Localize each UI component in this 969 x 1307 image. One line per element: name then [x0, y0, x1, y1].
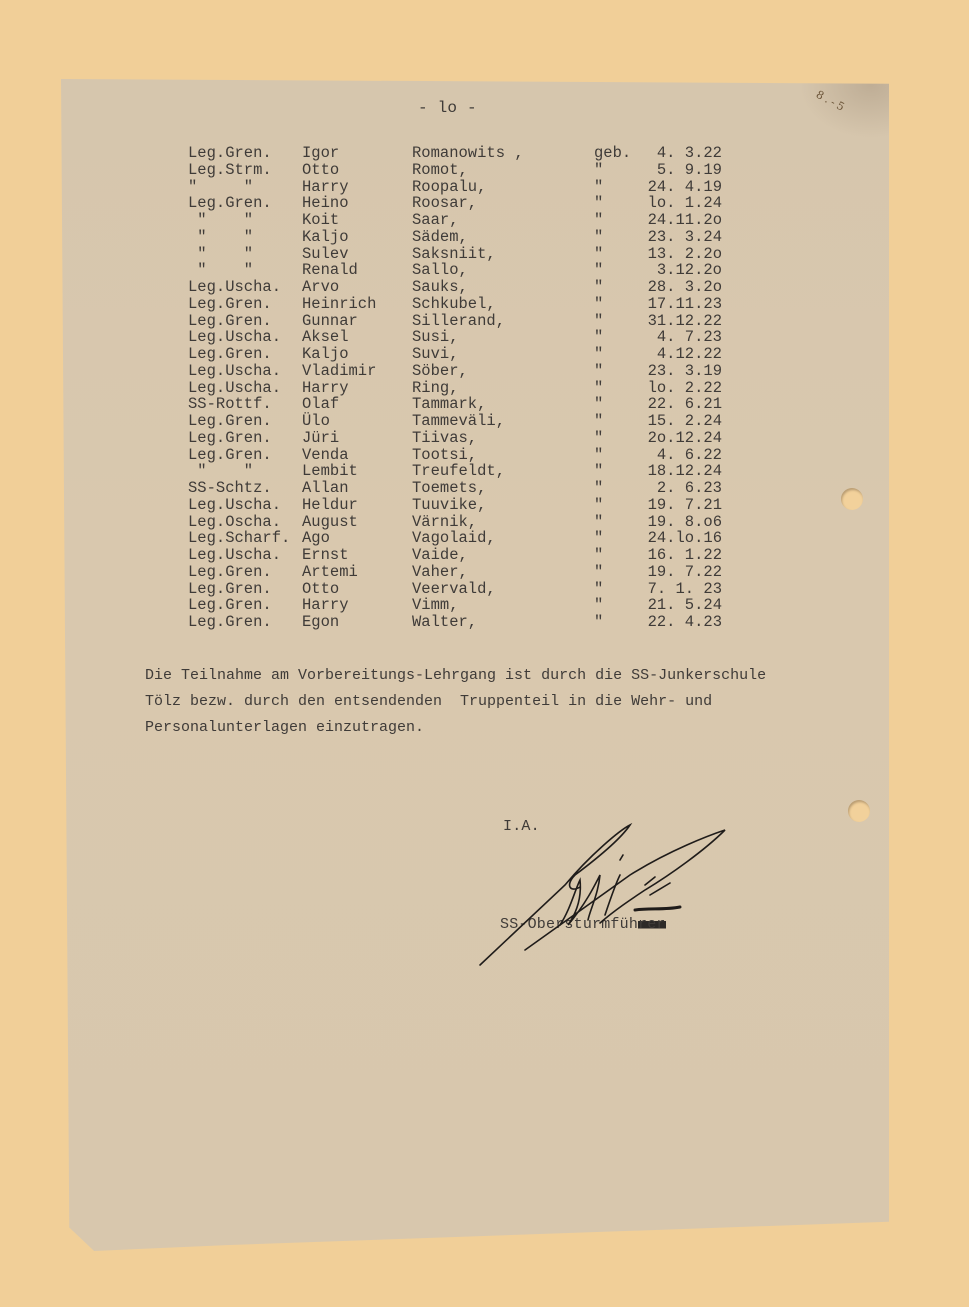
last-name-cell: Veervald, — [412, 581, 496, 598]
last-name-cell: Toemets, — [412, 480, 486, 497]
rank-cell: Leg.Scharf. — [188, 530, 290, 547]
birth-date-cell: 13. 2.2o — [624, 246, 722, 263]
last-name-cell: Sauks, — [412, 279, 468, 296]
last-name-cell: Saksniit, — [412, 246, 496, 263]
last-name-cell: Sillerand, — [412, 313, 505, 330]
list-row: Leg.Gren.VendaTootsi,"4. 6.22 — [0, 447, 969, 464]
birth-date-cell: 2. 6.23 — [624, 480, 722, 497]
last-name-cell: Söber, — [412, 363, 468, 380]
last-name-cell: Tootsi, — [412, 447, 477, 464]
last-name-cell: Tuuvike, — [412, 497, 486, 514]
first-name-cell: Arvo — [302, 279, 339, 296]
birth-label-cell: " — [594, 346, 603, 363]
birth-date-cell: 5. 9.19 — [624, 162, 722, 179]
birth-label-cell: " — [594, 195, 603, 212]
list-row: Leg.Uscha.VladimirSöber,"23. 3.19 — [0, 363, 969, 380]
birth-label-cell: " — [594, 581, 603, 598]
instruction-paragraph: Die Teilnahme am Vorbereitungs-Lehrgang … — [145, 663, 845, 741]
birth-date-cell: 31.12.22 — [624, 313, 722, 330]
last-name-cell: Tammark, — [412, 396, 486, 413]
birth-label-cell: " — [594, 162, 603, 179]
birth-date-cell: 4. 7.23 — [624, 329, 722, 346]
birth-label-cell: " — [594, 313, 603, 330]
birth-label-cell: " — [594, 212, 603, 229]
last-name-cell: Suvi, — [412, 346, 459, 363]
birth-date-cell: lo. 1.24 — [624, 195, 722, 212]
last-name-cell: Roopalu, — [412, 179, 486, 196]
birth-date-cell: 2o.12.24 — [624, 430, 722, 447]
list-row: SS-Rottf.OlafTammark,"22. 6.21 — [0, 396, 969, 413]
rank-cell: Leg.Uscha. — [188, 497, 281, 514]
last-name-cell: Schkubel, — [412, 296, 496, 313]
birth-date-cell: 7. 1. 23 — [624, 581, 722, 598]
rank-cell: " " — [188, 179, 253, 196]
first-name-cell: Egon — [302, 614, 339, 631]
birth-date-cell: 18.12.24 — [624, 463, 722, 480]
birth-label-cell: " — [594, 564, 603, 581]
rank-cell: Leg.Uscha. — [188, 363, 281, 380]
rank-cell: " " — [188, 463, 253, 480]
rank-cell: " " — [188, 212, 253, 229]
birth-date-cell: 16. 1.22 — [624, 547, 722, 564]
birth-label-cell: " — [594, 229, 603, 246]
first-name-cell: Kaljo — [302, 229, 349, 246]
list-row: Leg.Gren.IgorRomanowits ,geb.4. 3.22 — [0, 145, 969, 162]
rank-cell: Leg.Gren. — [188, 413, 272, 430]
first-name-cell: Ernst — [302, 547, 349, 564]
birth-label-cell: " — [594, 480, 603, 497]
birth-date-cell: 23. 3.19 — [624, 363, 722, 380]
first-name-cell: Heinrich — [302, 296, 376, 313]
birth-date-cell: 3.12.2o — [624, 262, 722, 279]
birth-date-cell: 19. 7.21 — [624, 497, 722, 514]
list-row: " "HarryRoopalu,"24. 4.19 — [0, 179, 969, 196]
first-name-cell: Harry — [302, 597, 349, 614]
handwritten-signature — [470, 815, 740, 975]
list-row: Leg.Gren.HeinrichSchkubel,"17.11.23 — [0, 296, 969, 313]
last-name-cell: Sädem, — [412, 229, 468, 246]
last-name-cell: Vagolaid, — [412, 530, 496, 547]
first-name-cell: Heldur — [302, 497, 358, 514]
birth-date-cell: 4. 3.22 — [624, 145, 722, 162]
birth-label-cell: " — [594, 530, 603, 547]
birth-date-cell: 28. 3.2o — [624, 279, 722, 296]
last-name-cell: Romanowits , — [412, 145, 524, 162]
rank-cell: Leg.Gren. — [188, 296, 272, 313]
last-name-cell: Romot, — [412, 162, 468, 179]
first-name-cell: Otto — [302, 581, 339, 598]
first-name-cell: Koit — [302, 212, 339, 229]
rank-cell: Leg.Gren. — [188, 614, 272, 631]
birth-date-cell: 4. 6.22 — [624, 447, 722, 464]
birth-label-cell: " — [594, 279, 603, 296]
birth-date-cell: lo. 2.22 — [624, 380, 722, 397]
rank-cell: Leg.Gren. — [188, 447, 272, 464]
rank-cell: Leg.Gren. — [188, 430, 272, 447]
first-name-cell: Harry — [302, 179, 349, 196]
birth-label-cell: " — [594, 514, 603, 531]
rank-cell: Leg.Oscha. — [188, 514, 281, 531]
list-row: Leg.Uscha.HeldurTuuvike,"19. 7.21 — [0, 497, 969, 514]
first-name-cell: Kaljo — [302, 346, 349, 363]
birth-label-cell: " — [594, 447, 603, 464]
rank-cell: Leg.Gren. — [188, 145, 272, 162]
list-row: Leg.Gren.HeinoRoosar,"lo. 1.24 — [0, 195, 969, 212]
list-row: Leg.Scharf.AgoVagolaid,"24.lo.16 — [0, 530, 969, 547]
list-row: Leg.Gren.KaljoSuvi,"4.12.22 — [0, 346, 969, 363]
last-name-cell: Värnik, — [412, 514, 477, 531]
rank-cell: Leg.Uscha. — [188, 547, 281, 564]
list-row: Leg.Strm.OttoRomot,"5. 9.19 — [0, 162, 969, 179]
first-name-cell: August — [302, 514, 358, 531]
last-name-cell: Roosar, — [412, 195, 477, 212]
first-name-cell: Vladimir — [302, 363, 376, 380]
list-row: Leg.Gren.GunnarSillerand,"31.12.22 — [0, 313, 969, 330]
last-name-cell: Saar, — [412, 212, 459, 229]
last-name-cell: Sallo, — [412, 262, 468, 279]
first-name-cell: Lembit — [302, 463, 358, 480]
paragraph-line-1: Die Teilnahme am Vorbereitungs-Lehrgang … — [145, 663, 845, 689]
first-name-cell: Renald — [302, 262, 358, 279]
rank-cell: Leg.Gren. — [188, 313, 272, 330]
list-row: Leg.Gren.HarryVimm,"21. 5.24 — [0, 597, 969, 614]
last-name-cell: Tiivas, — [412, 430, 477, 447]
birth-label-cell: " — [594, 547, 603, 564]
first-name-cell: Olaf — [302, 396, 339, 413]
rank-cell: Leg.Gren. — [188, 581, 272, 598]
list-row: Leg.Uscha.AkselSusi,"4. 7.23 — [0, 329, 969, 346]
rank-cell: SS-Schtz. — [188, 480, 272, 497]
last-name-cell: Tammeväli, — [412, 413, 505, 430]
birth-date-cell: 17.11.23 — [624, 296, 722, 313]
first-name-cell: Aksel — [302, 329, 349, 346]
birth-date-cell: 19. 8.o6 — [624, 514, 722, 531]
birth-label-cell: " — [594, 363, 603, 380]
first-name-cell: Venda — [302, 447, 349, 464]
last-name-cell: Treufeldt, — [412, 463, 505, 480]
paragraph-line-2: Tölz bezw. durch den entsendenden Truppe… — [145, 689, 845, 715]
first-name-cell: Heino — [302, 195, 349, 212]
list-row: Leg.Oscha.AugustVärnik,"19. 8.o6 — [0, 514, 969, 531]
last-name-cell: Walter, — [412, 614, 477, 631]
first-name-cell: Ago — [302, 530, 330, 547]
birth-label-cell: " — [594, 430, 603, 447]
first-name-cell: Igor — [302, 145, 339, 162]
list-row: Leg.Gren.ArtemiVaher,"19. 7.22 — [0, 564, 969, 581]
rank-cell: Leg.Strm. — [188, 162, 272, 179]
rank-cell: Leg.Gren. — [188, 195, 272, 212]
first-name-cell: Sulev — [302, 246, 349, 263]
first-name-cell: Allan — [302, 480, 349, 497]
birth-date-cell: 15. 2.24 — [624, 413, 722, 430]
birth-label-cell: " — [594, 296, 603, 313]
list-row: " "KoitSaar,"24.11.2o — [0, 212, 969, 229]
last-name-cell: Ring, — [412, 380, 459, 397]
last-name-cell: Susi, — [412, 329, 459, 346]
last-name-cell: Vaide, — [412, 547, 468, 564]
first-name-cell: Otto — [302, 162, 339, 179]
birth-date-cell: 24.11.2o — [624, 212, 722, 229]
birth-label-cell: " — [594, 614, 603, 631]
rank-cell: Leg.Uscha. — [188, 380, 281, 397]
birth-label-cell: " — [594, 597, 603, 614]
personnel-list: Leg.Gren.IgorRomanowits ,geb.4. 3.22Leg.… — [0, 0, 969, 1307]
list-row: " "SulevSaksniit,"13. 2.2o — [0, 246, 969, 263]
birth-date-cell: 19. 7.22 — [624, 564, 722, 581]
list-row: Leg.Uscha.ArvoSauks,"28. 3.2o — [0, 279, 969, 296]
birth-date-cell: 21. 5.24 — [624, 597, 722, 614]
rank-cell: Leg.Uscha. — [188, 329, 281, 346]
first-name-cell: Artemi — [302, 564, 358, 581]
birth-date-cell: 22. 6.21 — [624, 396, 722, 413]
first-name-cell: Gunnar — [302, 313, 358, 330]
list-row: Leg.Gren.JüriTiivas,"2o.12.24 — [0, 430, 969, 447]
first-name-cell: Ülo — [302, 413, 330, 430]
birth-date-cell: 4.12.22 — [624, 346, 722, 363]
birth-label-cell: " — [594, 463, 603, 480]
last-name-cell: Vaher, — [412, 564, 468, 581]
list-row: " "LembitTreufeldt,"18.12.24 — [0, 463, 969, 480]
first-name-cell: Jüri — [302, 430, 339, 447]
rank-cell: Leg.Uscha. — [188, 279, 281, 296]
rank-cell: " " — [188, 229, 253, 246]
first-name-cell: Harry — [302, 380, 349, 397]
birth-date-cell: 22. 4.23 — [624, 614, 722, 631]
birth-label-cell: " — [594, 413, 603, 430]
birth-label-cell: " — [594, 497, 603, 514]
birth-label-cell: " — [594, 179, 603, 196]
list-row: Leg.Gren.ÜloTammeväli,"15. 2.24 — [0, 413, 969, 430]
birth-label-cell: " — [594, 380, 603, 397]
list-row: Leg.Gren.EgonWalter,"22. 4.23 — [0, 614, 969, 631]
paragraph-line-3: Personalunterlagen einzutragen. — [145, 715, 845, 741]
birth-label-cell: " — [594, 396, 603, 413]
rank-cell: " " — [188, 262, 253, 279]
list-row: " "KaljoSädem,"23. 3.24 — [0, 229, 969, 246]
birth-label-cell: " — [594, 329, 603, 346]
birth-date-cell: 24.lo.16 — [624, 530, 722, 547]
birth-label-cell: " — [594, 262, 603, 279]
birth-label-cell: " — [594, 246, 603, 263]
birth-date-cell: 23. 3.24 — [624, 229, 722, 246]
list-row: SS-Schtz.AllanToemets,"2. 6.23 — [0, 480, 969, 497]
rank-cell: " " — [188, 246, 253, 263]
list-row: Leg.Gren.OttoVeervald,"7. 1. 23 — [0, 581, 969, 598]
last-name-cell: Vimm, — [412, 597, 459, 614]
rank-cell: Leg.Gren. — [188, 564, 272, 581]
rank-cell: Leg.Gren. — [188, 597, 272, 614]
list-row: Leg.Uscha.HarryRing,"lo. 2.22 — [0, 380, 969, 397]
list-row: " "RenaldSallo,"3.12.2o — [0, 262, 969, 279]
list-row: Leg.Uscha.ErnstVaide,"16. 1.22 — [0, 547, 969, 564]
birth-date-cell: 24. 4.19 — [624, 179, 722, 196]
rank-cell: Leg.Gren. — [188, 346, 272, 363]
rank-cell: SS-Rottf. — [188, 396, 272, 413]
